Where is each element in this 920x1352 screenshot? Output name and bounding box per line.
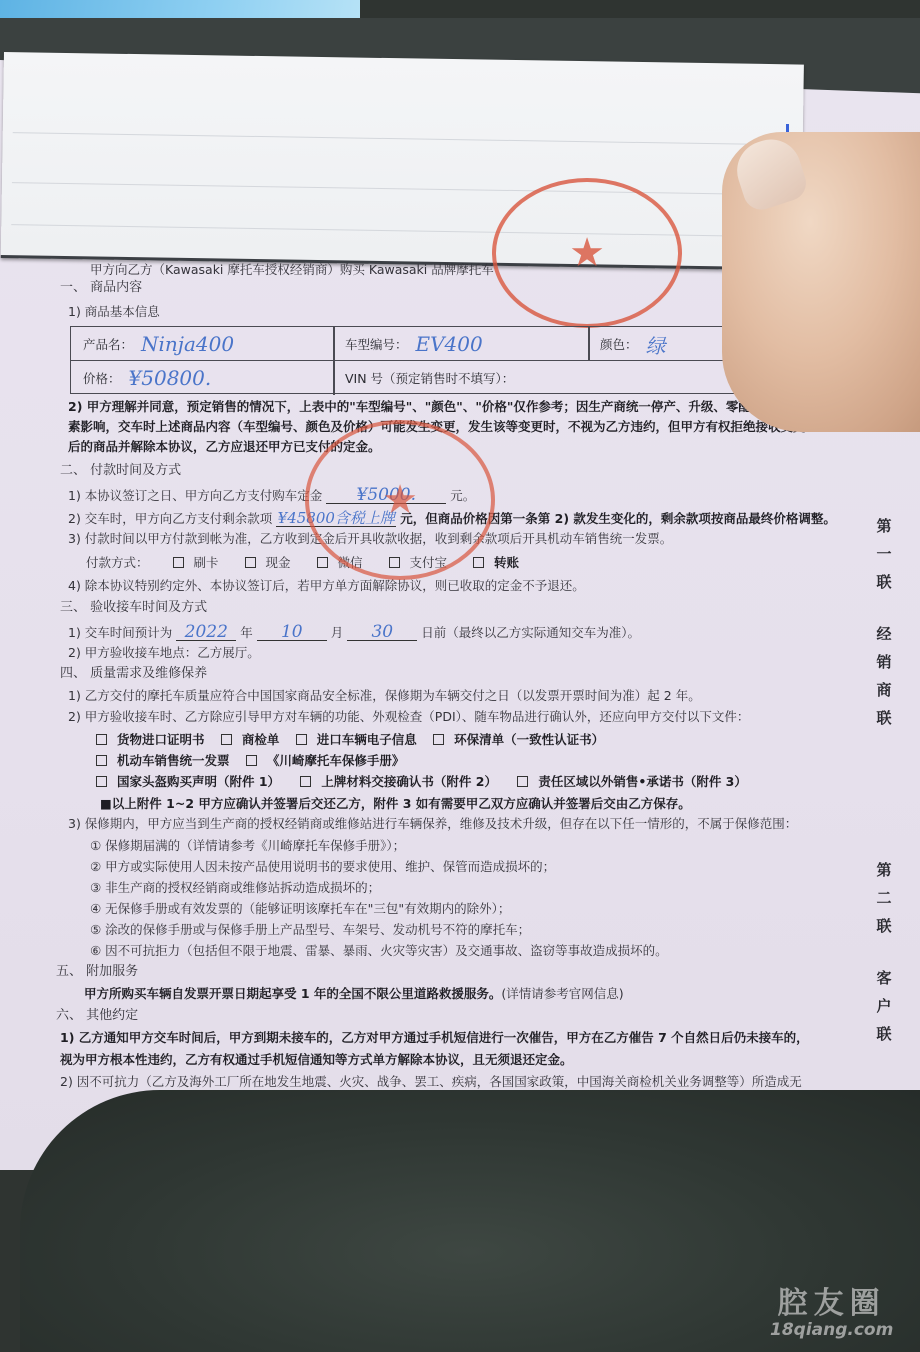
checkbox[interactable] xyxy=(473,557,484,568)
doc-registration-handover: 上牌材料交接确认书（附件 2） xyxy=(321,774,497,789)
warranty-exclusion: ③ 非生产商的授权经销商或维修站拆动造成损坏的； xyxy=(90,880,380,896)
side-char: 联 xyxy=(872,704,896,732)
model-label: 车型编号： xyxy=(345,335,408,353)
side-label-second-copy: 第 二 联 xyxy=(872,856,896,940)
payment-option-cash: 现金 xyxy=(266,555,291,570)
doc-helmet-declaration: 国家头盔购买声明（附件 1） xyxy=(117,774,280,789)
documents-row: 国家头盔购买声明（附件 1） 上牌材料交接确认书（附件 2） 责任区域以外销售•… xyxy=(96,774,747,790)
doc-out-of-area-commitment: 责任区域以外销售•承诺书（附件 3） xyxy=(538,774,747,789)
pickup-clause-line: 1) 乙方通知甲方交车时间后，甲方到期未接车的，乙方对甲方通过手机短信进行一次催… xyxy=(60,1030,809,1046)
side-char: 客 xyxy=(872,964,896,992)
receipt-rule xyxy=(13,132,783,145)
section5-heading: 五、 附加服务 xyxy=(56,964,138,980)
receipt-rule xyxy=(12,182,782,195)
color-value: 绿 xyxy=(646,330,666,359)
price-label: 价格： xyxy=(83,369,121,387)
roadside-assistance-note: (详情请参考官网信息) xyxy=(501,986,623,1001)
side-char: 第 xyxy=(872,512,896,540)
checkbox[interactable] xyxy=(300,776,311,787)
clause-1-2-line: 2) 甲方理解并同意，预定销售的情况下，上表中的"车型编号"、"颜色"、"价格"… xyxy=(68,399,813,415)
checkbox[interactable] xyxy=(173,557,184,568)
side-char: 户 xyxy=(872,992,896,1020)
intro-text: 甲方向乙方（Kawasaki 摩托车授权经销商）购买 Kawasaki 品牌摩托… xyxy=(90,262,494,278)
payment-option-card: 刷卡 xyxy=(194,555,219,570)
attachment-note: ■以上附件 1~2 甲方应确认并签署后交还乙方，附件 3 如有需要甲乙双方应确认… xyxy=(100,796,691,812)
doc-sales-invoice: 机动车销售统一发票 xyxy=(117,753,230,768)
watermark-title: 腔友圈 xyxy=(770,1278,893,1322)
side-char: 第 xyxy=(872,856,896,884)
checkbox[interactable] xyxy=(317,557,328,568)
folded-receipt-slip xyxy=(1,52,804,271)
delivery-location: 2) 甲方验收接车地点：乙方展厅。 xyxy=(68,645,260,661)
checkbox[interactable] xyxy=(221,734,232,745)
side-label-first-copy: 第 一 联 xyxy=(872,512,896,596)
side-char: 销 xyxy=(872,648,896,676)
documents-row: 货物进口证明书 商检单 进口车辆电子信息 环保清单（一致性认证书） xyxy=(96,732,604,748)
section3-heading: 三、 验收接车时间及方式 xyxy=(60,600,207,616)
quality-clause: 1) 乙方交付的摩托车质量应符合中国国家商品安全标准，保修期为车辆交付之日（以发… xyxy=(68,688,701,704)
payment-option-transfer: 转账 xyxy=(494,555,519,570)
checkbox[interactable] xyxy=(245,557,256,568)
side-char: 联 xyxy=(872,1020,896,1048)
watermark: 腔友圈 18qiang.com xyxy=(770,1278,893,1340)
side-char: 联 xyxy=(872,912,896,940)
section2-heading: 二、 付款时间及方式 xyxy=(60,463,181,479)
color-label: 颜色： xyxy=(600,335,638,353)
deposit-forfeit-clause: 4) 除本协议特别约定外、本协议签订后，若甲方单方面解除协议，则已收取的定金不予… xyxy=(68,578,585,594)
documents-row: 机动车销售统一发票 《川崎摩托车保修手册》 xyxy=(96,753,404,769)
doc-import-vehicle-info: 进口车辆电子信息 xyxy=(317,732,417,747)
delivery-date-line: 1) 交车时间预计为 2022 年 10 月 30 日前（最终以乙方实际通知交车… xyxy=(68,624,640,641)
doc-inspection-form: 商检单 xyxy=(242,732,280,747)
payment-method-label: 付款方式： xyxy=(86,555,149,570)
roadside-assistance-text: 甲方所购买车辆自发票开票日期起享受 1 年的全国不限公里道路救援服务。 xyxy=(84,986,501,1001)
side-label-customer-copy: 客 户 联 xyxy=(872,964,896,1048)
dealer-seal-contract: ★ xyxy=(305,420,495,580)
section6-heading: 六、 其他约定 xyxy=(56,1008,138,1024)
vin-label: VIN 号（预定销售时不填写）： xyxy=(345,369,514,387)
product-name-cell: 产品名： Ninja400 xyxy=(71,327,333,361)
doc-environmental-list: 环保清单（一致性认证书） xyxy=(454,732,604,747)
inspection-clause: 2) 甲方验收接车时、乙方除应引导甲方对车辆的功能、外观检查（PDI）、随车物品… xyxy=(68,709,749,725)
doc-import-certificate: 货物进口证明书 xyxy=(117,732,205,747)
section1-sub1: 1) 商品基本信息 xyxy=(68,304,160,320)
checkbox[interactable] xyxy=(517,776,528,787)
checkbox[interactable] xyxy=(433,734,444,745)
watermark-url: 18qiang.com xyxy=(770,1320,893,1340)
warranty-exclusion: ② 甲方或实际使用人因未按产品使用说明书的要求使用、维护、保管而造成损坏的； xyxy=(90,859,555,875)
product-value: Ninja400 xyxy=(141,332,234,356)
product-label: 产品名： xyxy=(83,335,133,353)
doc-warranty-manual: 《川崎摩托车保修手册》 xyxy=(267,753,405,768)
model-value: EV400 xyxy=(416,332,483,356)
side-char: 二 xyxy=(872,884,896,912)
dealer-seal-receipt: ★ xyxy=(492,178,682,328)
force-majeure-clause: 2) 因不可抗力（乙方及海外工厂所在地发生地震、火灾、战争、罢工、疾病，各国国家… xyxy=(60,1074,802,1090)
delivery-date-label: 1) 交车时间预计为 xyxy=(68,625,172,640)
checkbox[interactable] xyxy=(246,755,257,766)
warranty-exclusion: ⑥ 因不可抗拒力（包括但不限于地震、雷暴、暴雨、火灾等灾害）及交通事故、盗窃等事… xyxy=(90,943,668,959)
delivery-date-note: 日前（最终以乙方实际通知交车为准）。 xyxy=(421,625,640,640)
warranty-exclusion: ④ 无保修手册或有效发票的（能够证明该摩托车在"三包"有效期内的除外）； xyxy=(90,901,510,917)
month-unit: 月 xyxy=(331,625,344,640)
warranty-exclusion: ① 保修期届满的（详情请参考《川崎摩托车保修手册》）； xyxy=(90,838,405,854)
side-char: 一 xyxy=(872,540,896,568)
warranty-exclusion: ⑤ 涂改的保修手册或与保修手册上产品型号、车架号、发动机号不符的摩托车； xyxy=(90,922,530,938)
star-icon: ★ xyxy=(382,477,418,523)
checkbox[interactable] xyxy=(296,734,307,745)
delivery-day: 30 xyxy=(347,624,417,641)
checkbox[interactable] xyxy=(96,755,107,766)
balance-label: 2) 交车时，甲方向乙方支付剩余款项 xyxy=(68,511,272,526)
star-icon: ★ xyxy=(569,230,605,276)
delivery-month: 10 xyxy=(257,624,327,641)
warranty-service-clause: 3) 保修期内，甲方应当到生产商的授权经销商或维修站进行车辆保养，维修及技术升级… xyxy=(68,816,797,832)
side-char: 经 xyxy=(872,620,896,648)
side-char: 商 xyxy=(872,676,896,704)
year-unit: 年 xyxy=(240,625,253,640)
price-value: ¥50800. xyxy=(129,366,212,390)
model-cell: 车型编号： EV400 xyxy=(333,327,588,361)
checkbox[interactable] xyxy=(96,734,107,745)
side-label-dealer-copy: 经 销 商 联 xyxy=(872,620,896,732)
section1-heading: 一、 商品内容 xyxy=(60,280,142,296)
section4-heading: 四、 质量需求及维修保养 xyxy=(60,666,207,682)
pickup-clause-line: 视为甲方根本性违约，乙方有权通过手机短信通知等方式单方解除本协议，且无须退还定金… xyxy=(60,1052,573,1068)
checkbox[interactable] xyxy=(96,776,107,787)
price-cell: 价格： ¥50800. xyxy=(71,361,333,395)
roadside-assistance: 甲方所购买车辆自发票开票日期起享受 1 年的全国不限公里道路救援服务。(详情请参… xyxy=(84,986,624,1002)
side-char: 联 xyxy=(872,568,896,596)
delivery-year: 2022 xyxy=(176,624,236,641)
deposit-label: 1) 本协议签订之日、甲方向乙方支付购车定金 xyxy=(68,488,322,503)
